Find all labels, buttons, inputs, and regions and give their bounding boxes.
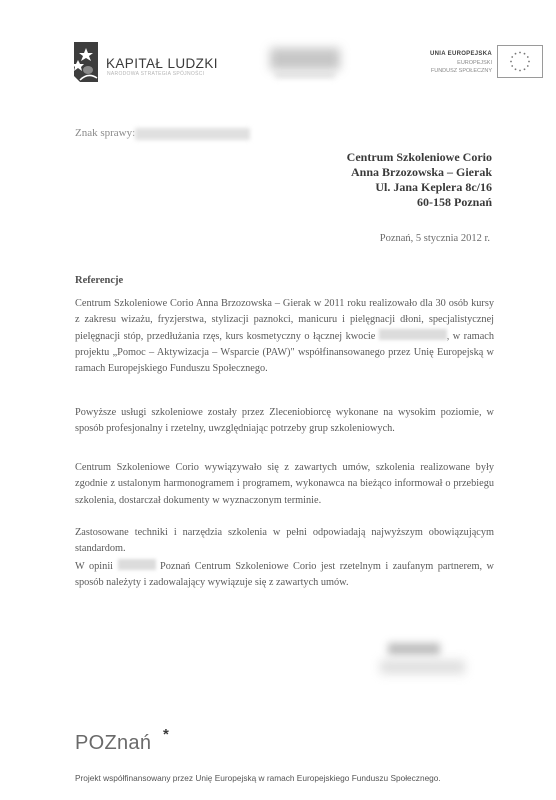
footer-note: Projekt współfinansowany przez Unię Euro…: [75, 773, 441, 783]
paragraph-1: Centrum Szkoleniowe Corio Anna Brzozowsk…: [75, 296, 494, 377]
kapital-ludzki-subtitle: NARODOWA STRATEGIA SPÓJNOŚCI: [107, 71, 204, 77]
kapital-ludzki-title: KAPITAŁ LUDZKI: [106, 56, 218, 71]
redacted-amount: [379, 329, 447, 340]
letter-heading: Referencje: [75, 275, 123, 286]
kapital-ludzki-emblem-icon: [70, 40, 100, 84]
paragraph-4: Zastosowane techniki i narzędzia szkolen…: [75, 525, 494, 558]
redacted-signature: [380, 660, 465, 674]
redacted-stamp-subtitle: [275, 72, 335, 78]
poznan-logo: POZnań: [75, 732, 151, 755]
paragraph-5: W opinii Poznań Centrum Szkoleniowe Cori…: [75, 559, 494, 592]
redacted-reference-number: [135, 128, 250, 140]
addressee-line: Anna Brzozowska – Gierak: [347, 165, 492, 180]
addressee-line: Ul. Jana Keplera 8c/16: [347, 180, 492, 195]
poznan-star-icon: *: [163, 726, 169, 743]
redacted-stamp: [270, 48, 340, 70]
addressee-line: 60-158 Poznań: [347, 195, 492, 210]
eu-flag-icon: [497, 45, 543, 78]
eu-fund-line2: FUNDUSZ SPOŁECZNY: [430, 67, 492, 75]
reference-label: Znak sprawy:: [75, 127, 135, 139]
paragraph-5-text-a: W opinii: [75, 561, 113, 572]
addressee-block: Centrum Szkoleniowe Corio Anna Brzozowsk…: [347, 150, 492, 210]
eu-logo-text: UNIA EUROPEJSKA EUROPEJSKI FUNDUSZ SPOŁE…: [430, 50, 492, 75]
paragraph-3: Centrum Szkoleniowe Corio wywiązywało si…: [75, 460, 494, 509]
addressee-line: Centrum Szkoleniowe Corio: [347, 150, 492, 165]
redacted-organization: [118, 559, 156, 570]
paragraph-2: Powyższe usługi szkoleniowe zostały prze…: [75, 405, 494, 438]
eu-fund-line1: EUROPEJSKI: [430, 59, 492, 67]
eu-title: UNIA EUROPEJSKA: [430, 50, 492, 59]
redacted-signature-name: [388, 643, 440, 655]
letter-date: Poznań, 5 stycznia 2012 r.: [380, 233, 490, 244]
